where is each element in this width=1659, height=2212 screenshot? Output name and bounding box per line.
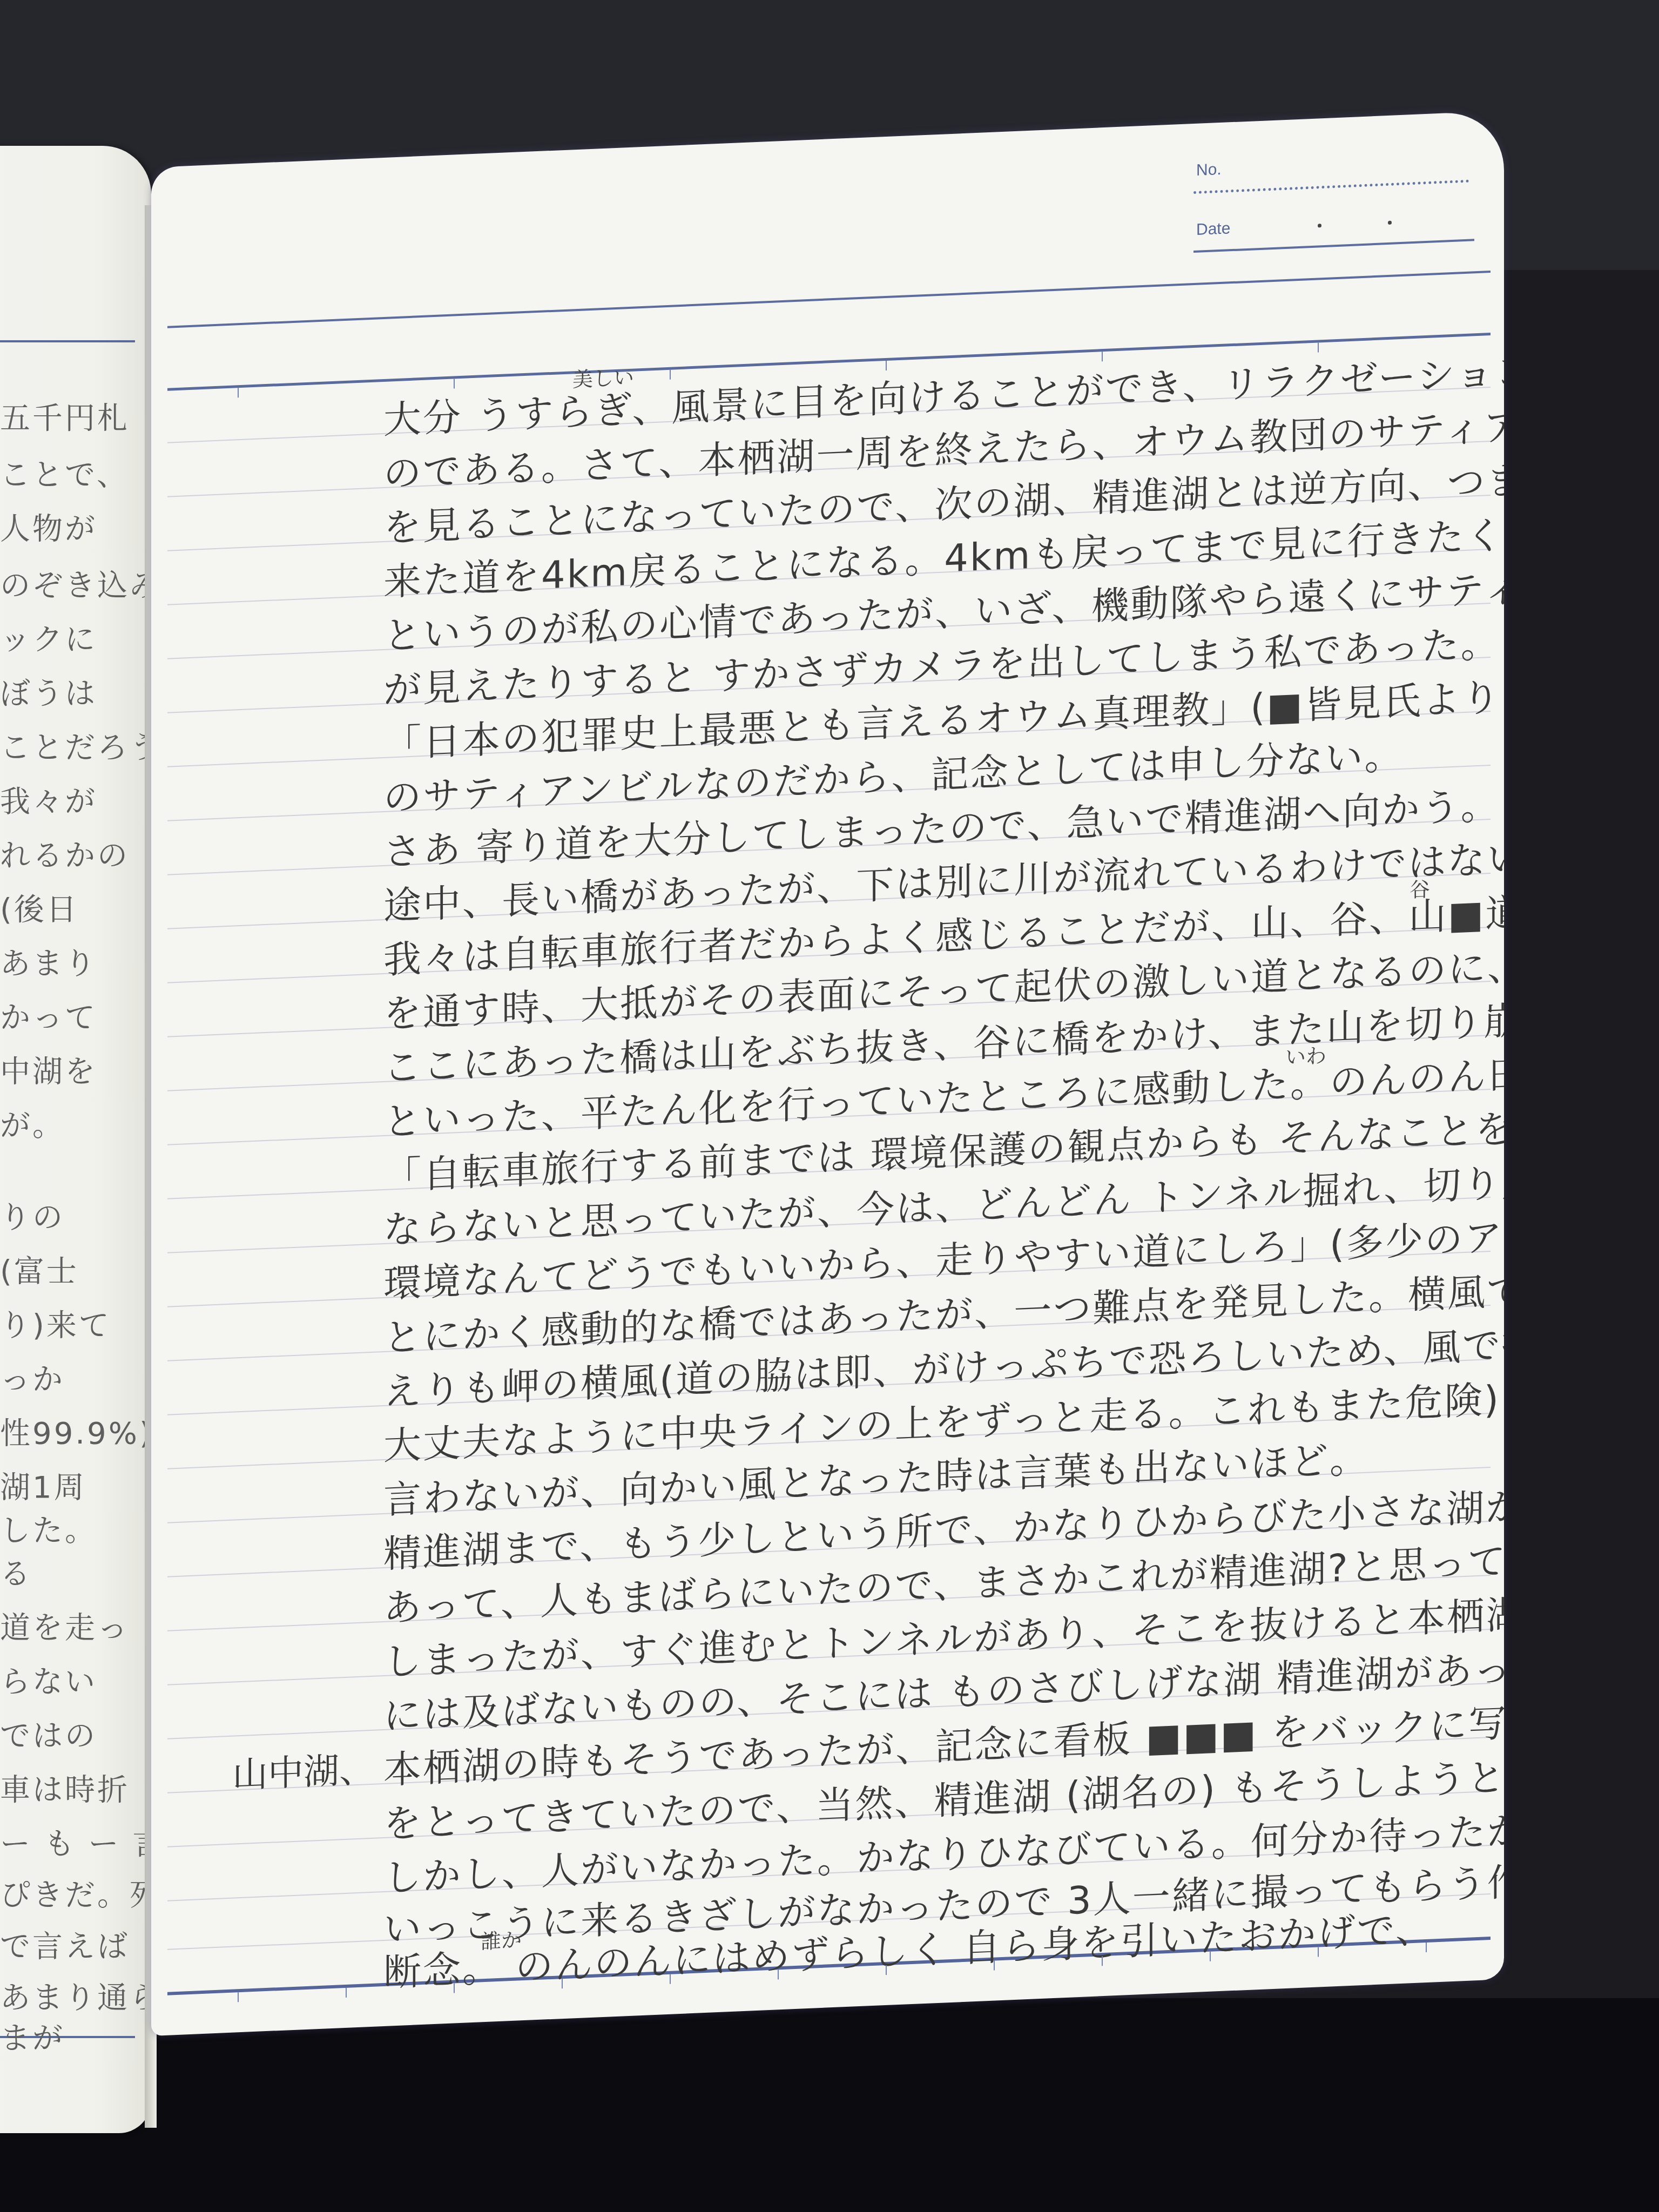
left-page-line: り)来て [0,1301,162,1345]
no-field-dotted-line[interactable] [1193,180,1469,194]
margin-note: 山中湖、 [232,1741,375,1798]
rule-tick [1318,1947,1319,1957]
left-page-line: 湖1周 [0,1464,162,1507]
left-page-line: 我々が [0,778,162,821]
rule-tick [886,361,887,370]
left-page-line: まが [0,2014,162,2058]
left-page-top-rule [0,340,135,342]
rule-tick [454,379,455,388]
date-separator-dot [1318,224,1321,227]
left-page-line: る [0,1550,162,1593]
left-page-line: らない [0,1658,162,1701]
left-page-line: かって [0,994,162,1037]
rule-tick [238,1992,239,2002]
left-page-line: のぞき込み [0,562,162,605]
left-page-line: 五千円札 [0,394,162,437]
rule-tick [454,1983,455,1993]
left-page-line: した。 [0,1507,162,1550]
rule-tick [1210,1952,1211,1961]
date-separator-dot [1388,221,1392,225]
rule-tick [1426,1943,1427,1952]
rule-tick [670,370,671,380]
left-page-line: ぴきだ。死語) [0,1871,162,1914]
rule-tick [1102,1956,1103,1966]
left-page-line: 道を走っ [0,1604,162,1647]
rule-tick [886,1965,887,1975]
left-page-line: りの [0,1193,162,1237]
date-label: Date [1196,219,1230,239]
left-page-line: 車は時折 [0,1766,162,1809]
left-notebook-page: 五千円札 ことで、 人物が のぞき込み ックに ぼうは ことだろう。 我々が れ… [0,146,151,2133]
no-label: No. [1196,160,1222,180]
left-page-line: (富士 [0,1247,162,1291]
left-page-line: 中湖を [0,1048,162,1091]
rule-tick [994,1961,995,1971]
left-page-line: あまり通ら [0,1974,162,2017]
rule-tick [1318,342,1319,352]
header-rule [167,271,1491,328]
left-page-line: ぼうは [0,670,162,713]
left-page-line: 人物が [0,505,162,548]
left-page-line: ことだろう。 [0,724,162,767]
left-page-line: 性99.9%) [0,1410,162,1453]
left-page-line: で言えば [0,1923,162,1966]
left-page-line: ー も ー 言っ [0,1820,162,1863]
left-page-line: ックに [0,616,162,659]
rule-tick [346,1988,347,1998]
rule-tick [778,1970,779,1979]
left-page-line: ではの [0,1712,162,1755]
left-page-line: (後日 [0,886,162,929]
left-page-line: あまり [0,940,162,983]
rule-tick [1102,352,1103,361]
rule-tick [670,1974,671,1984]
left-page-line: れるかの [0,832,162,875]
date-field-line[interactable] [1193,239,1474,253]
left-page-line: が。 [0,1102,162,1145]
rule-tick [562,1979,563,1988]
rule-tick [238,388,239,397]
left-page-line: っか [0,1355,162,1399]
left-page-line: ことで、 [0,451,162,494]
notebook-page: No. Date [151,111,1504,2036]
